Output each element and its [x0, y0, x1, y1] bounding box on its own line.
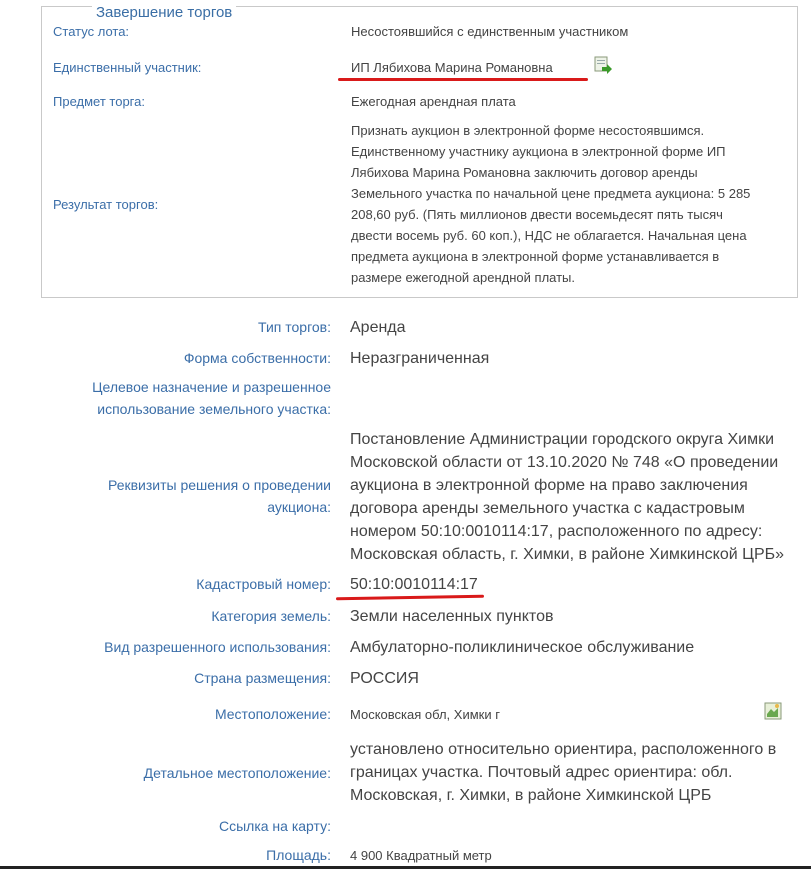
- subject-label: Предмет торга:: [53, 94, 145, 109]
- result-value: Признать аукцион в электронной форме нес…: [351, 120, 756, 288]
- ownership-label: Форма собственности:: [184, 347, 331, 369]
- result-label: Результат торгов:: [53, 197, 158, 212]
- land-category-value: Земли населенных пунктов: [350, 605, 553, 628]
- map-icon[interactable]: [764, 702, 782, 720]
- section-legend: Завершение торгов: [92, 3, 236, 23]
- map-link-label: Ссылка на карту:: [219, 815, 331, 837]
- country-value: РОССИЯ: [350, 667, 419, 690]
- participant-underline: [338, 78, 588, 81]
- permitted-use-value: Амбулаторно-поликлиническое обслуживание: [350, 636, 694, 659]
- ownership-value: Неразграниченная: [350, 347, 489, 370]
- detailed-location-label: Детальное местоположение:: [144, 762, 331, 784]
- purpose-label: Целевое назначение и разрешенное использ…: [71, 376, 331, 420]
- country-label: Страна размещения:: [194, 667, 331, 689]
- decision-details-value: Постановление Администрации городского о…: [350, 428, 790, 566]
- detailed-location-value: установлено относительно ориентира, расп…: [350, 738, 790, 807]
- auction-type-label: Тип торгов:: [258, 316, 331, 338]
- land-category-label: Категория земель:: [211, 605, 331, 627]
- permitted-use-label: Вид разрешенного использования:: [104, 636, 331, 658]
- sole-participant-label: Единственный участник:: [53, 60, 201, 75]
- area-value: 4 900 Квадратный метр: [350, 844, 492, 867]
- auction-type-value: Аренда: [350, 316, 406, 339]
- area-label: Площадь:: [266, 844, 331, 866]
- lot-status-value: Несостоявшийся с единственным участником: [351, 21, 628, 42]
- subject-value: Ежегодная арендная плата: [351, 91, 516, 112]
- lot-status-label: Статус лота:: [53, 24, 129, 39]
- cadastral-label: Кадастровый номер:: [196, 573, 331, 595]
- location-label: Местоположение:: [215, 703, 331, 725]
- document-arrow-icon[interactable]: [594, 56, 612, 74]
- decision-details-label: Реквизиты решения о проведении аукциона:: [71, 474, 331, 518]
- sole-participant-value: ИП Лябихова Марина Романовна: [351, 57, 553, 78]
- location-value: Московская обл, Химки г: [350, 703, 500, 726]
- cadastral-value: 50:10:0010114:17: [350, 573, 478, 596]
